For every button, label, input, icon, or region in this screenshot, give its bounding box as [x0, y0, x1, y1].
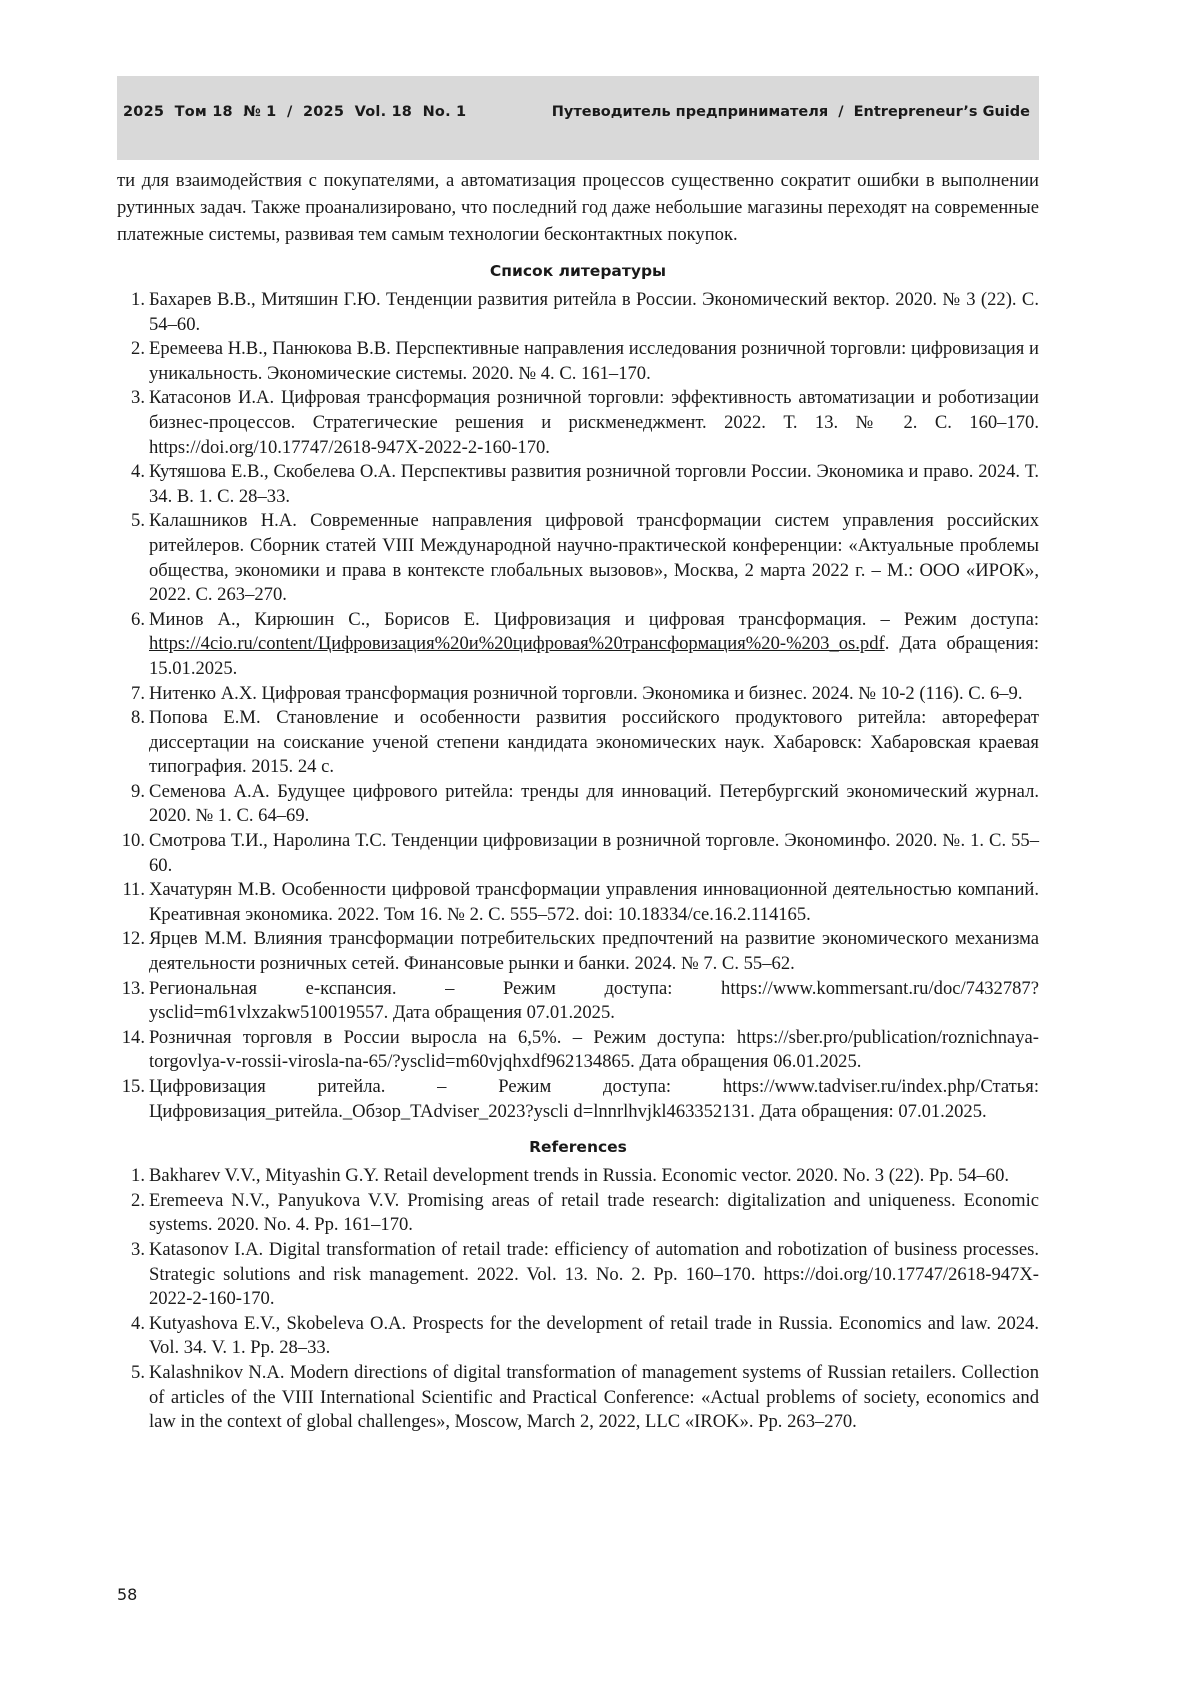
- reference-number: 15.: [111, 1075, 145, 1100]
- reference-item: 4.Kutyashova E.V., Skobeleva O.A. Prospe…: [117, 1312, 1039, 1361]
- reference-item: 5.Kalashnikov N.A. Modern directions of …: [117, 1361, 1039, 1435]
- reference-number: 11.: [111, 878, 145, 903]
- reference-item: 10.Смотрова Т.И., Наролина Т.С. Тенденци…: [117, 829, 1039, 878]
- reference-item: 3.Катасонов И.А. Цифровая трансформация …: [117, 386, 1039, 460]
- reference-item: 13.Региональная е-кспансия. – Режим дост…: [117, 977, 1039, 1026]
- reference-number: 2.: [117, 1189, 145, 1214]
- reference-number: 9.: [117, 780, 145, 805]
- journal-title: Путеводитель предпринимателя / Entrepren…: [552, 104, 1030, 120]
- reference-text: Региональная е-кспансия. – Режим доступа…: [149, 978, 1039, 1024]
- reference-item: 11.Хачатурян М.В. Особенности цифровой т…: [117, 878, 1039, 927]
- reference-text: Kutyashova E.V., Skobeleva O.A. Prospect…: [149, 1313, 1039, 1359]
- page-number: 58: [117, 1585, 137, 1604]
- journal-issue-info: 2025 Том 18 № 1 / 2025 Vol. 18 No. 1: [123, 104, 466, 120]
- reference-number: 14.: [111, 1026, 145, 1051]
- reference-number: 5.: [117, 509, 145, 534]
- reference-text: Катасонов И.А. Цифровая трансформация ро…: [149, 387, 1039, 457]
- reference-item: 15.Цифровизация ритейла. – Режим доступа…: [117, 1075, 1039, 1124]
- reference-number: 7.: [117, 682, 145, 707]
- reference-text: Минов А., Кирюшин С., Борисов Е. Цифрови…: [149, 609, 1039, 630]
- reference-number: 13.: [111, 977, 145, 1002]
- reference-item: 3.Katasonov I.A. Digital transformation …: [117, 1238, 1039, 1312]
- reference-item: 14.Розничная торговля в России выросла н…: [117, 1026, 1039, 1075]
- reference-item: 5.Калашников Н.А. Современные направлени…: [117, 509, 1039, 607]
- reference-item: 8.Попова Е.М. Становление и особенности …: [117, 706, 1039, 780]
- reference-item: 1.Бахарев В.В., Митяшин Г.Ю. Тенденции р…: [117, 288, 1039, 337]
- references-ru-title: Список литературы: [117, 258, 1039, 284]
- reference-number: 4.: [117, 1312, 145, 1337]
- reference-number: 12.: [111, 927, 145, 952]
- page-content: ти для взаимодействия с покупателями, а …: [117, 167, 1039, 1435]
- reference-number: 5.: [117, 1361, 145, 1386]
- reference-number: 2.: [117, 337, 145, 362]
- reference-text: Ярцев М.М. Влияния трансформации потреби…: [149, 928, 1039, 974]
- reference-number: 3.: [117, 1238, 145, 1263]
- reference-text: Бахарев В.В., Митяшин Г.Ю. Тенденции раз…: [149, 289, 1039, 335]
- reference-item: 6.Минов А., Кирюшин С., Борисов Е. Цифро…: [117, 608, 1039, 682]
- reference-number: 1.: [117, 1164, 145, 1189]
- intro-paragraph: ти для взаимодействия с покупателями, а …: [117, 167, 1039, 248]
- reference-text: Смотрова Т.И., Наролина Т.С. Тенденции ц…: [149, 830, 1039, 876]
- reference-link[interactable]: https://4cio.ru/content/Цифровизация%20и…: [149, 633, 885, 654]
- reference-text: Нитенко А.Х. Цифровая трансформация розн…: [149, 683, 1023, 704]
- reference-text: Кутяшова Е.В., Скобелева О.А. Перспектив…: [149, 461, 1039, 507]
- reference-text: Попова Е.М. Становление и особенности ра…: [149, 707, 1039, 777]
- reference-number: 4.: [117, 460, 145, 485]
- reference-item: 1.Bakharev V.V., Mityashin G.Y. Retail d…: [117, 1164, 1039, 1189]
- reference-text: Eremeeva N.V., Panyukova V.V. Promising …: [149, 1190, 1039, 1236]
- reference-text: Bakharev V.V., Mityashin G.Y. Retail dev…: [149, 1165, 1009, 1186]
- reference-text: Калашников Н.А. Современные направления …: [149, 510, 1039, 605]
- reference-text: Хачатурян М.В. Особенности цифровой тран…: [149, 879, 1039, 925]
- references-en-title: References: [117, 1134, 1039, 1160]
- reference-number: 3.: [117, 386, 145, 411]
- reference-item: 12.Ярцев М.М. Влияния трансформации потр…: [117, 927, 1039, 976]
- reference-number: 6.: [117, 608, 145, 633]
- reference-number: 8.: [117, 706, 145, 731]
- reference-text: Katasonov I.A. Digital transformation of…: [149, 1239, 1039, 1309]
- references-en-list: 1.Bakharev V.V., Mityashin G.Y. Retail d…: [117, 1164, 1039, 1435]
- reference-item: 2.Eremeeva N.V., Panyukova V.V. Promisin…: [117, 1189, 1039, 1238]
- reference-text: Семенова А.А. Будущее цифрового ритейла:…: [149, 781, 1039, 827]
- reference-item: 9.Семенова А.А. Будущее цифрового ритейл…: [117, 780, 1039, 829]
- reference-number: 1.: [117, 288, 145, 313]
- reference-number: 10.: [111, 829, 145, 854]
- reference-text: Цифровизация ритейла. – Режим доступа: h…: [149, 1076, 1039, 1122]
- reference-item: 2.Еремеева Н.В., Панюкова В.В. Перспекти…: [117, 337, 1039, 386]
- reference-text: Еремеева Н.В., Панюкова В.В. Перспективн…: [149, 338, 1039, 384]
- reference-text: Розничная торговля в России выросла на 6…: [149, 1027, 1039, 1073]
- references-ru-list: 1.Бахарев В.В., Митяшин Г.Ю. Тенденции р…: [117, 288, 1039, 1124]
- reference-item: 7.Нитенко А.Х. Цифровая трансформация ро…: [117, 682, 1039, 707]
- reference-text: Kalashnikov N.A. Modern directions of di…: [149, 1362, 1039, 1432]
- reference-item: 4.Кутяшова Е.В., Скобелева О.А. Перспект…: [117, 460, 1039, 509]
